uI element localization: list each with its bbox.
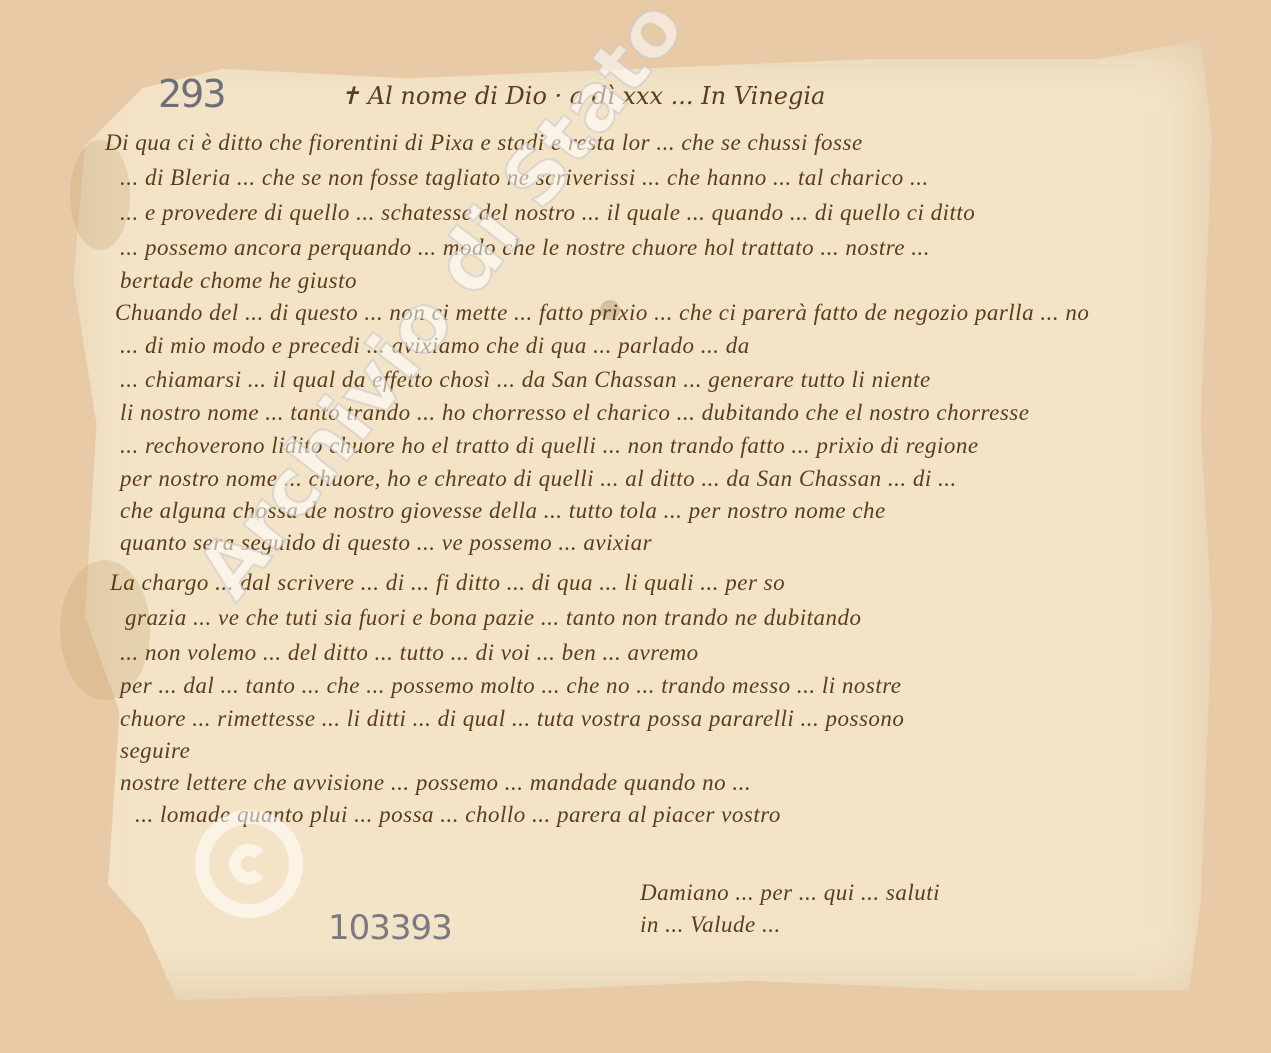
text-line: ... non volemo ... del ditto ... tutto .… <box>120 640 699 666</box>
archive-number: 293 <box>158 72 225 116</box>
text-line: ... di Bleria ... che se non fosse tagli… <box>120 165 929 191</box>
text-line: seguire <box>120 738 190 764</box>
text-line: che alguna chossa de nostro giovesse del… <box>120 498 886 524</box>
text-line: chuore ... rimettesse ... li ditti ... d… <box>120 706 904 732</box>
letter-header: ✝ Al nome di Dio · a dì xxx ... In Vineg… <box>340 82 825 110</box>
text-line: ... di mio modo e precedi ... avixiamo c… <box>120 333 750 359</box>
inventory-number: 103393 <box>328 908 452 948</box>
text-line: grazia ... ve che tuti sia fuori e bona … <box>125 605 862 631</box>
text-line: ... possemo ancora perquando ... modo ch… <box>120 235 930 261</box>
water-stain <box>70 140 130 250</box>
signature-line: in ... Valude ... <box>640 912 781 938</box>
text-line: quanto sera seguido di questo ... ve pos… <box>120 530 652 556</box>
text-line: ... chiamarsi ... il qual da effetto cho… <box>120 367 931 393</box>
text-line: li nostro nome ... tanto trando ... ho c… <box>120 400 1029 426</box>
signature-line: Damiano ... per ... qui ... saluti <box>640 880 940 906</box>
text-line: ... rechoverono lidito chuore ho el trat… <box>120 433 979 459</box>
text-line: ... e provedere di quello ... schatesse … <box>120 200 975 226</box>
text-line: per nostro nome ... chuore, ho e chreato… <box>120 466 957 492</box>
text-line: per ... dal ... tanto ... che ... possem… <box>120 673 902 699</box>
text-line: Chuando del ... di questo ... non ci met… <box>115 300 1089 326</box>
text-line: La chargo ... dal scrivere ... di ... fi… <box>110 570 785 596</box>
text-line: bertade chome he giusto <box>120 268 357 294</box>
copyright-icon <box>195 810 303 918</box>
text-line: nostre lettere che avvisione ... possemo… <box>120 770 751 796</box>
text-line: Di qua ci è ditto che fiorentini di Pixa… <box>105 130 863 156</box>
